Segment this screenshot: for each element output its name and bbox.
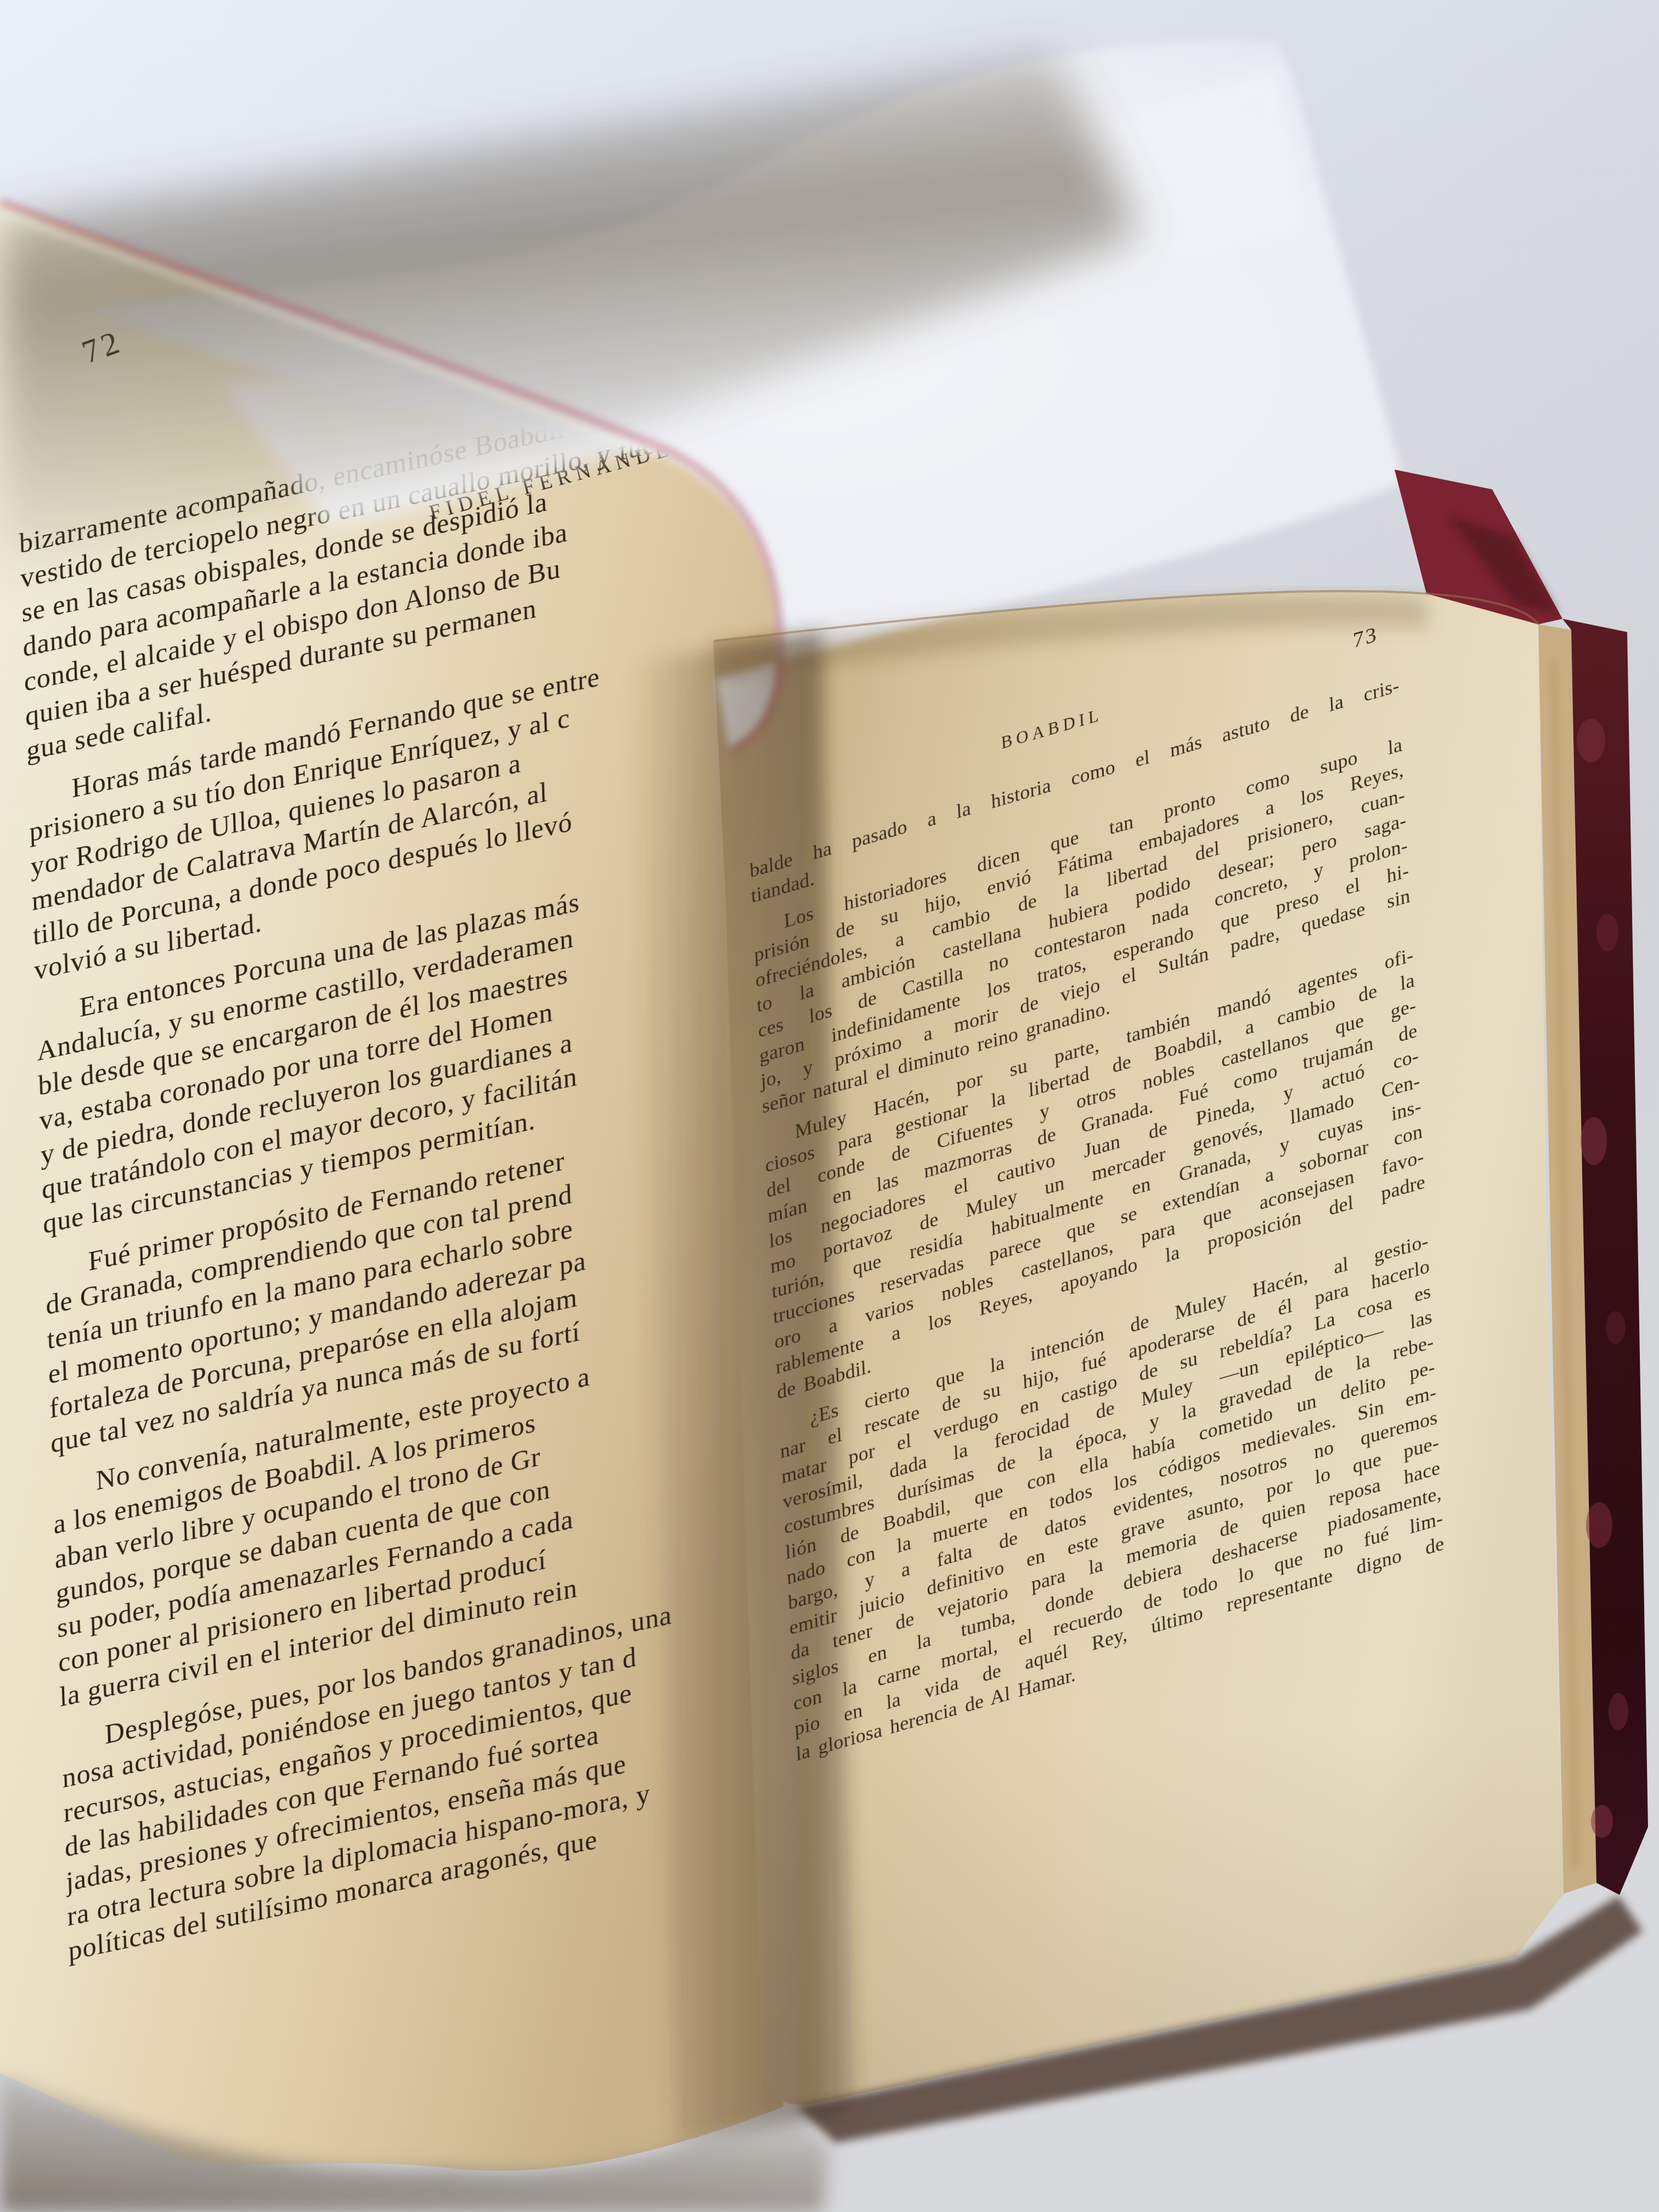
right-page-paragraphs: balde ha pasado a la historia como el má…	[749, 672, 1446, 1767]
left-page-body: bizarramente acompañado, encaminóse Boab…	[19, 369, 813, 1981]
right-page-body: BOABDIL 73 balde ha pasado a la historia…	[746, 616, 1447, 1776]
photo-of-open-book: { "left_page": { "page_number": "72", "r…	[0, 0, 1659, 2212]
